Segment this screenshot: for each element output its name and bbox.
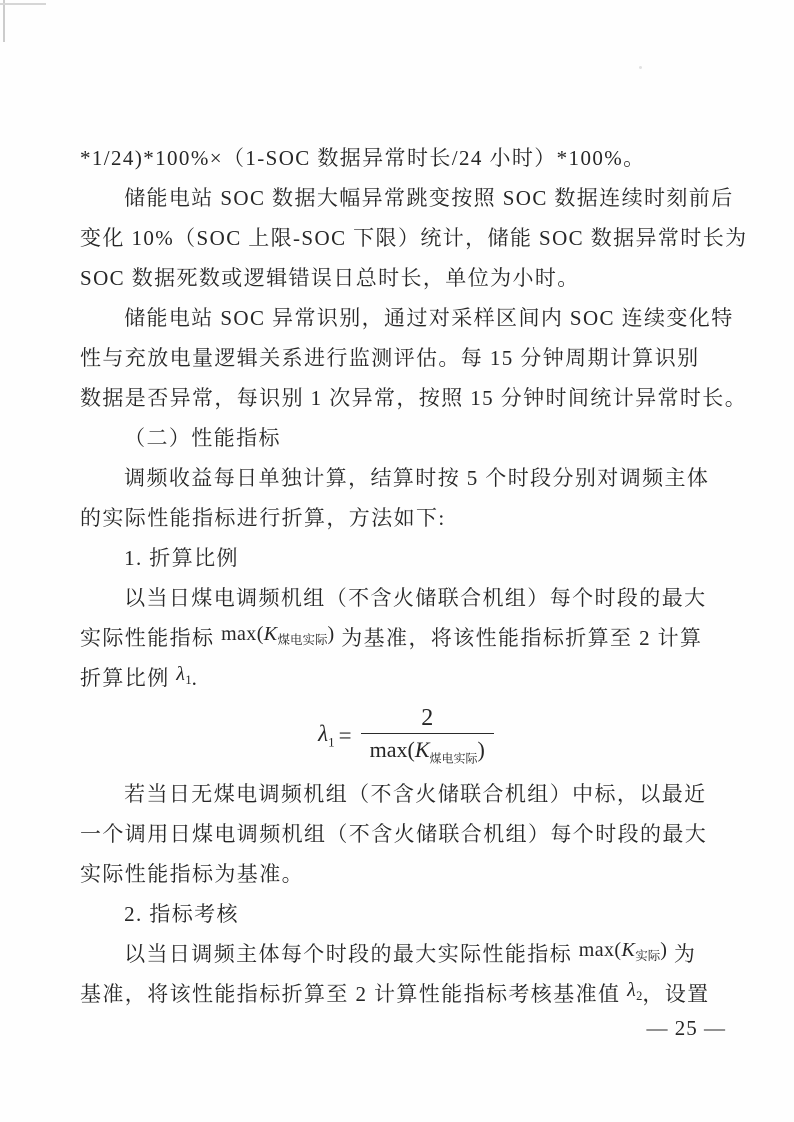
text-run: 一个调用日煤电调频机组（不含火储联合机组）每个时段的最大	[80, 822, 707, 846]
text-line-9: 调频收益每日单独计算，结算时按 5 个时段分别对调频主体	[80, 458, 716, 498]
text-run: 的实际性能指标进行折算，方法如下:	[80, 506, 446, 530]
text-run: 实际性能指标为基准。	[80, 862, 304, 886]
text-run: 基准，将该性能指标折算至 2 计算性能指标考核基准值	[80, 982, 627, 1006]
text-line-5: 储能电站 SOC 异常识别，通过对采样区间内 SOC 连续变化特	[80, 298, 716, 338]
text-run: *1/24)*100%×（1-SOC 数据异常时长/24 小时）*100%。	[80, 146, 646, 170]
document-content: *1/24)*100%×（1-SOC 数据异常时长/24 小时）*100%。储能…	[80, 138, 716, 1014]
text-run: （二）性能指标	[124, 426, 281, 450]
text-run: ，设置	[642, 982, 709, 1006]
math-run: λ	[627, 979, 636, 1001]
text-line-8: （二）性能指标	[80, 418, 716, 458]
text-run: 以当日调频主体每个时段的最大实际性能指标	[124, 942, 579, 966]
text-run: 折算比例	[80, 666, 176, 690]
text-run: 储能电站 SOC 数据大幅异常跳变按照 SOC 数据连续时刻前后	[124, 186, 734, 210]
text-run: SOC 数据死数或逻辑错误日总时长，单位为小时。	[80, 266, 580, 290]
scan-artifact-top-edge	[0, 3, 46, 5]
text-run: 数据是否异常，每识别 1 次异常，按照 15 分钟时间统计异常时长。	[80, 386, 747, 410]
text-run: 储能电站 SOC 异常识别，通过对采样区间内 SOC 连续变化特	[124, 306, 734, 330]
scan-artifact-speck	[639, 66, 642, 69]
text-run: 变化 10%（SOC 上限-SOC 下限）统计，储能 SOC 数据异常时长为	[80, 226, 748, 250]
text-line-21: 基准，将该性能指标折算至 2 计算性能指标考核基准值 λ2，设置	[80, 974, 716, 1014]
equals-sign: =	[339, 723, 352, 749]
math-run: 2	[636, 989, 642, 1003]
text-run: 以当日煤电调频机组（不含火储联合机组）每个时段的最大	[124, 586, 706, 610]
text-line-4: SOC 数据死数或逻辑错误日总时长，单位为小时。	[80, 258, 716, 298]
text-line-10: 的实际性能指标进行折算，方法如下:	[80, 498, 716, 538]
text-run: 实际性能指标	[80, 626, 221, 650]
text-line-14: 折算比例 λ1.	[80, 658, 716, 698]
text-line-19: 2. 指标考核	[80, 894, 716, 934]
math-run: 1	[185, 673, 191, 687]
text-line-3: 变化 10%（SOC 上限-SOC 下限）统计，储能 SOC 数据异常时长为	[80, 218, 716, 258]
text-line-16: 若当日无煤电调频机组（不含火储联合机组）中标，以最近	[80, 774, 716, 814]
text-line-7: 数据是否异常，每识别 1 次异常，按照 15 分钟时间统计异常时长。	[80, 378, 716, 418]
math-run: 实际	[635, 949, 660, 963]
document-page: *1/24)*100%×（1-SOC 数据异常时长/24 小时）*100%。储能…	[0, 0, 794, 1122]
fraction-numerator: 2	[417, 706, 437, 733]
math-run: K	[621, 939, 635, 961]
text-line-18: 实际性能指标为基准。	[80, 854, 716, 894]
text-line-20: 以当日调频主体每个时段的最大实际性能指标 max(K实际) 为	[80, 934, 716, 974]
text-run: 2. 指标考核	[124, 902, 239, 926]
text-run: 调频收益每日单独计算，结算时按 5 个时段分别对调频主体	[124, 466, 709, 490]
display-formula-lambda1: λ1=2max(K煤电实际)	[88, 698, 724, 774]
math-run: )	[660, 939, 667, 961]
text-run: 1. 折算比例	[124, 546, 239, 570]
text-line-1: *1/24)*100%×（1-SOC 数据异常时长/24 小时）*100%。	[80, 138, 716, 178]
text-line-6: 性与充放电量逻辑关系进行监测评估。每 15 分钟周期计算识别	[80, 338, 716, 378]
page-number: — 25 —	[647, 1008, 727, 1048]
text-line-12: 以当日煤电调频机组（不含火储联合机组）每个时段的最大	[80, 578, 716, 618]
math-run: 煤电实际	[278, 633, 328, 647]
text-run: 性与充放电量逻辑关系进行监测评估。每 15 分钟周期计算识别	[80, 346, 700, 370]
text-run: 若当日无煤电调频机组（不含火储联合机组）中标，以最近	[124, 782, 706, 806]
scan-artifact-left-edge	[3, 0, 5, 42]
formula-lhs: λ1	[318, 721, 334, 751]
math-run: λ	[176, 663, 185, 685]
fraction: 2max(K煤电实际)	[361, 706, 494, 766]
text-line-2: 储能电站 SOC 数据大幅异常跳变按照 SOC 数据连续时刻前后	[80, 178, 716, 218]
math-run: )	[328, 623, 335, 645]
text-run: 为	[667, 942, 696, 966]
text-line-11: 1. 折算比例	[80, 538, 716, 578]
math-run: max(	[221, 623, 264, 645]
text-line-13: 实际性能指标 max(K煤电实际) 为基准，将该性能指标折算至 2 计算	[80, 618, 716, 658]
text-line-17: 一个调用日煤电调频机组（不含火储联合机组）每个时段的最大	[80, 814, 716, 854]
text-run: 为基准，将该性能指标折算至 2 计算	[335, 626, 703, 650]
text-run: .	[192, 666, 199, 690]
math-run: max(	[579, 939, 622, 961]
math-run: K	[264, 623, 278, 645]
fraction-denominator: max(K煤电实际)	[361, 733, 494, 766]
